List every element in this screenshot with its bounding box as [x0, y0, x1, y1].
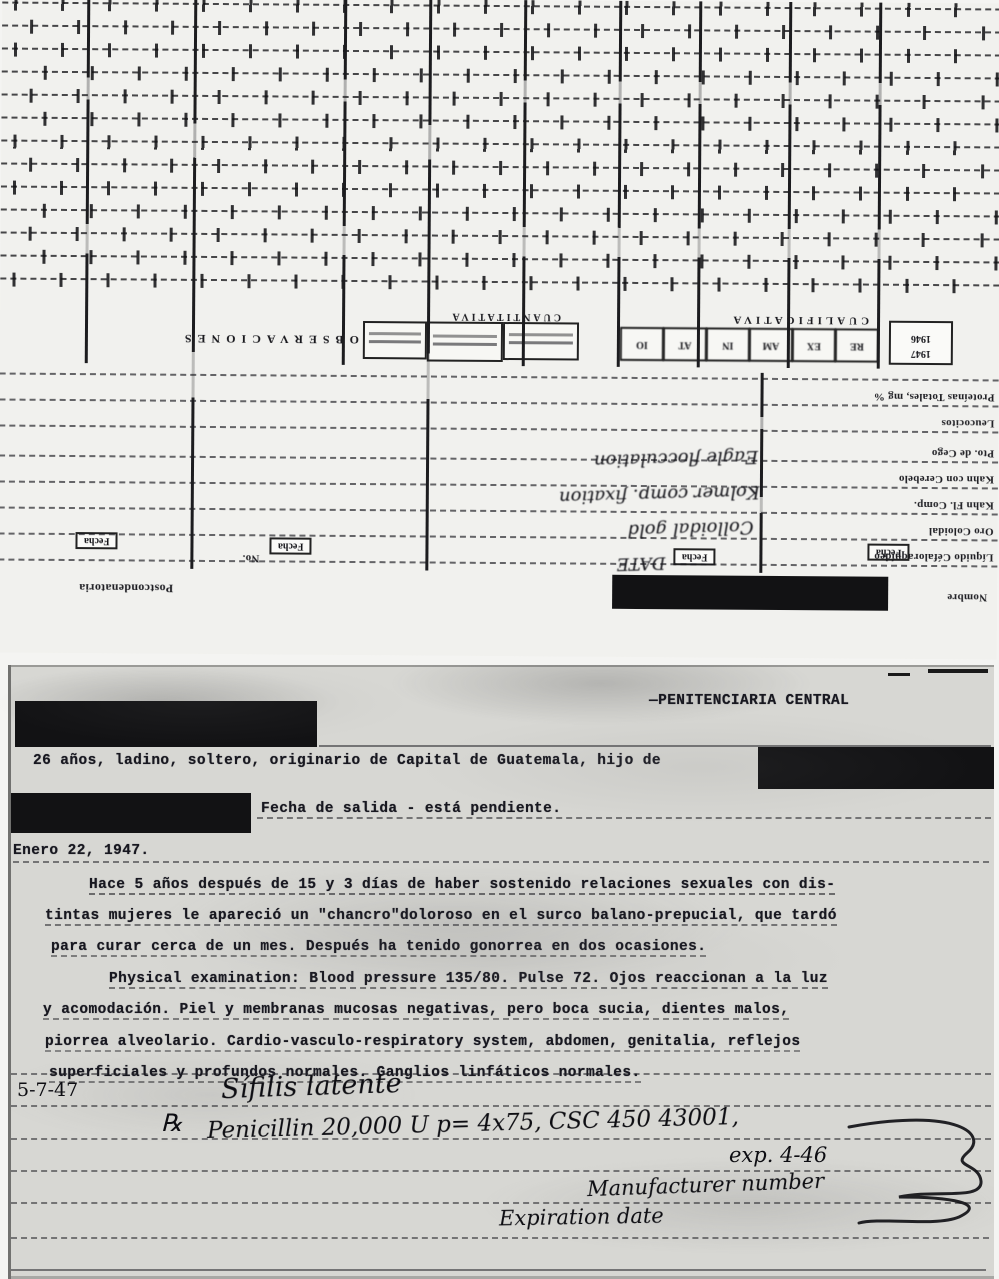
row-label-pto: Pto. de Cego — [932, 447, 995, 459]
exam-cell: RE — [835, 328, 879, 362]
row-label-liquido: Líquido Céfaloraquídeo — [874, 551, 993, 564]
typed-line: tintas mujeres le apareció un "chancro"d… — [45, 908, 837, 926]
form-rule — [0, 507, 998, 516]
illegible-header-cell — [363, 321, 427, 359]
form-rule — [0, 399, 998, 408]
typed-line: Fecha de salida - está pendiente. — [261, 801, 561, 817]
typed-line: 26 años, ladino, soltero, originario de … — [33, 753, 661, 769]
scanned-medical-record: { "form": { "nombre_label": "Nombre", "n… — [0, 0, 999, 1279]
rule-line — [13, 861, 989, 863]
form-rule — [0, 373, 999, 382]
form-rule — [0, 425, 998, 434]
handwritten-expiration-note: Expiration date — [499, 1204, 664, 1231]
rule-line — [319, 745, 991, 747]
fecha-cell: Fecha — [270, 537, 312, 554]
redaction-bar — [15, 701, 317, 747]
redaction-bar — [758, 747, 994, 789]
handwritten-kolmer: Kolmer comp. fixation — [559, 481, 760, 508]
row-label-kahn-fl: Kahn Fl. Comp. — [914, 499, 994, 512]
typed-medical-note: —PENITENCIARIA CENTRAL 26 años, ladino, … — [8, 665, 994, 1279]
grid-line — [759, 373, 763, 573]
handwritten-colloidal-gold: Colloidal gold — [627, 517, 754, 542]
exam-cell: IN — [706, 327, 750, 361]
handwritten-expiry-note: exp. 4-46 — [729, 1143, 827, 1167]
illegible-header-cell — [427, 321, 503, 362]
redaction-bar — [11, 793, 251, 833]
form-grid — [0, 0, 999, 307]
row-label-kahn-cerebelo: Kahn con Cerebelo — [899, 473, 994, 486]
observaciones-label: OBSERVACIONES — [179, 331, 359, 347]
typed-line: Physical examination: Blood pressure 135… — [109, 971, 828, 989]
scan-artifact — [928, 669, 988, 673]
doc-header: —PENITENCIARIA CENTRAL — [649, 693, 849, 709]
nombre-label: Nombre — [947, 591, 987, 603]
year-corner-cell: 1947 1946 — [889, 321, 953, 365]
postcondenatoria-label: Postcondenatoria — [79, 580, 173, 596]
handwritten-date: 5-7-47 — [17, 1079, 78, 1101]
cualificativa-band: CUALIFICATIVA — [729, 314, 869, 327]
year-1946: 1946 — [893, 331, 949, 346]
year-1947: 1947 — [893, 346, 949, 361]
typed-line: piorrea alveolario. Cardio-vasculo-respi… — [45, 1034, 800, 1052]
row-label-leucocitos: Leucocitos — [941, 417, 994, 429]
rule-line — [11, 1073, 991, 1075]
exam-cell: AT — [663, 327, 707, 361]
form-rule — [0, 455, 998, 464]
rx-symbol: ℞ — [161, 1109, 183, 1137]
form-rule — [0, 533, 998, 542]
typed-line: Hace 5 años después de 15 y 3 días de ha… — [89, 877, 835, 895]
upside-down-form-card: Nombre Postcondenatoria No. Fecha Fecha … — [0, 0, 999, 659]
handwritten-eagle: Eagle flocculation — [594, 446, 759, 472]
typed-line: y acomodación. Piel y membranas mucosas … — [43, 1002, 789, 1020]
form-rule — [0, 559, 997, 568]
pen-flourish — [839, 1105, 999, 1265]
rule-line — [257, 817, 991, 819]
no-label: No. — [242, 552, 259, 564]
handwritten-manufacturer-note: Manufacturer number — [587, 1169, 825, 1201]
row-label-oro-coloidal: Oro Coloidal — [929, 525, 994, 537]
row-label-proteinas: Proteínas Totales, mg % — [874, 391, 995, 404]
cuantitativa-band: CUANTITATIVA — [449, 311, 561, 323]
scan-artifact — [888, 673, 910, 676]
form-rule — [0, 481, 998, 490]
typed-line: Enero 22, 1947. — [13, 843, 150, 859]
exam-cell: IO — [620, 327, 664, 361]
exam-cell: EX — [792, 328, 836, 362]
typed-line: para curar cerca de un mes. Después ha t… — [51, 939, 706, 957]
rule-line — [11, 1269, 986, 1271]
redaction-bar — [612, 575, 888, 611]
illegible-header-cell — [503, 322, 579, 361]
handwritten-diagnosis: Sífilis latente — [221, 1068, 403, 1105]
